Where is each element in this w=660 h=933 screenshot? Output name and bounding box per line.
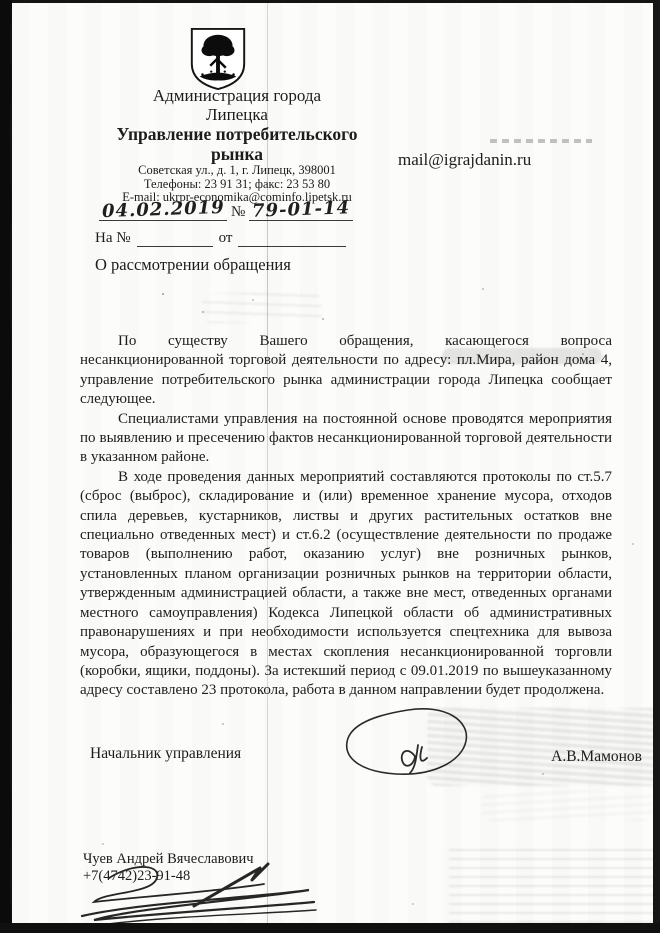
na-underline — [137, 229, 213, 247]
scan-edge-right — [653, 0, 660, 933]
ot-underline — [238, 229, 346, 247]
scan-edge-bottom — [0, 923, 660, 933]
paragraph-2: Специалистами управления на постоянной о… — [80, 410, 612, 468]
handwritten-date: 04.02.2019 — [101, 197, 224, 222]
org-name-line1: Администрация города — [67, 86, 407, 105]
signature-autograph — [338, 703, 478, 790]
number-underline: 79-01-14 — [249, 199, 353, 221]
subject-line: О рассмотрении обращения — [95, 255, 291, 275]
incoming-number-row: На № от — [95, 229, 375, 247]
reference-number-block: 04.02.2019№79-01-14 На № от — [95, 199, 375, 247]
paragraph-3: В ходе проведения данных мероприятий сос… — [80, 468, 612, 701]
handwritten-number: 79-01-14 — [252, 197, 351, 221]
pen-scribble — [64, 858, 334, 923]
date-underline: 04.02.2019 — [99, 199, 227, 221]
number-sign: № — [231, 204, 245, 220]
outgoing-number-row: 04.02.2019№79-01-14 — [95, 199, 375, 227]
signer-name: А.В.Мамонов — [512, 748, 642, 766]
phones-line: Телефоны: 23 91 31; факс: 23 53 80 — [67, 178, 407, 192]
paragraph-1: По существу Вашего обращения, касающегос… — [80, 332, 612, 410]
department-line2: рынка — [67, 144, 407, 164]
na-label: На № — [95, 230, 131, 246]
letterhead: Администрация города Липецка Управление … — [67, 86, 407, 205]
org-name-line2: Липецка — [67, 105, 407, 124]
ot-label: от — [219, 230, 233, 246]
erased-stamp-smudge-2 — [482, 791, 652, 821]
scanned-letter: Администрация города Липецка Управление … — [0, 0, 660, 933]
department-line1: Управление потребительского — [67, 124, 407, 144]
scan-speckles — [162, 293, 164, 295]
paper-page: Администрация города Липецка Управление … — [12, 3, 653, 923]
letter-body: По существу Вашего обращения, касающегос… — [80, 332, 612, 701]
address-line: Советская ул., д. 1, г. Липецк, 398001 — [67, 164, 407, 178]
recipient-email: mail@igrajdanin.ru — [398, 150, 531, 170]
lipetsk-coat-of-arms-icon — [186, 27, 250, 91]
signer-position-title: Начальник управления — [90, 745, 241, 763]
scan-edge-left — [0, 0, 12, 933]
reverse-side-bleedthrough — [449, 846, 653, 923]
bleedthrough-smudge — [202, 293, 322, 323]
faint-redaction-line — [490, 139, 592, 143]
